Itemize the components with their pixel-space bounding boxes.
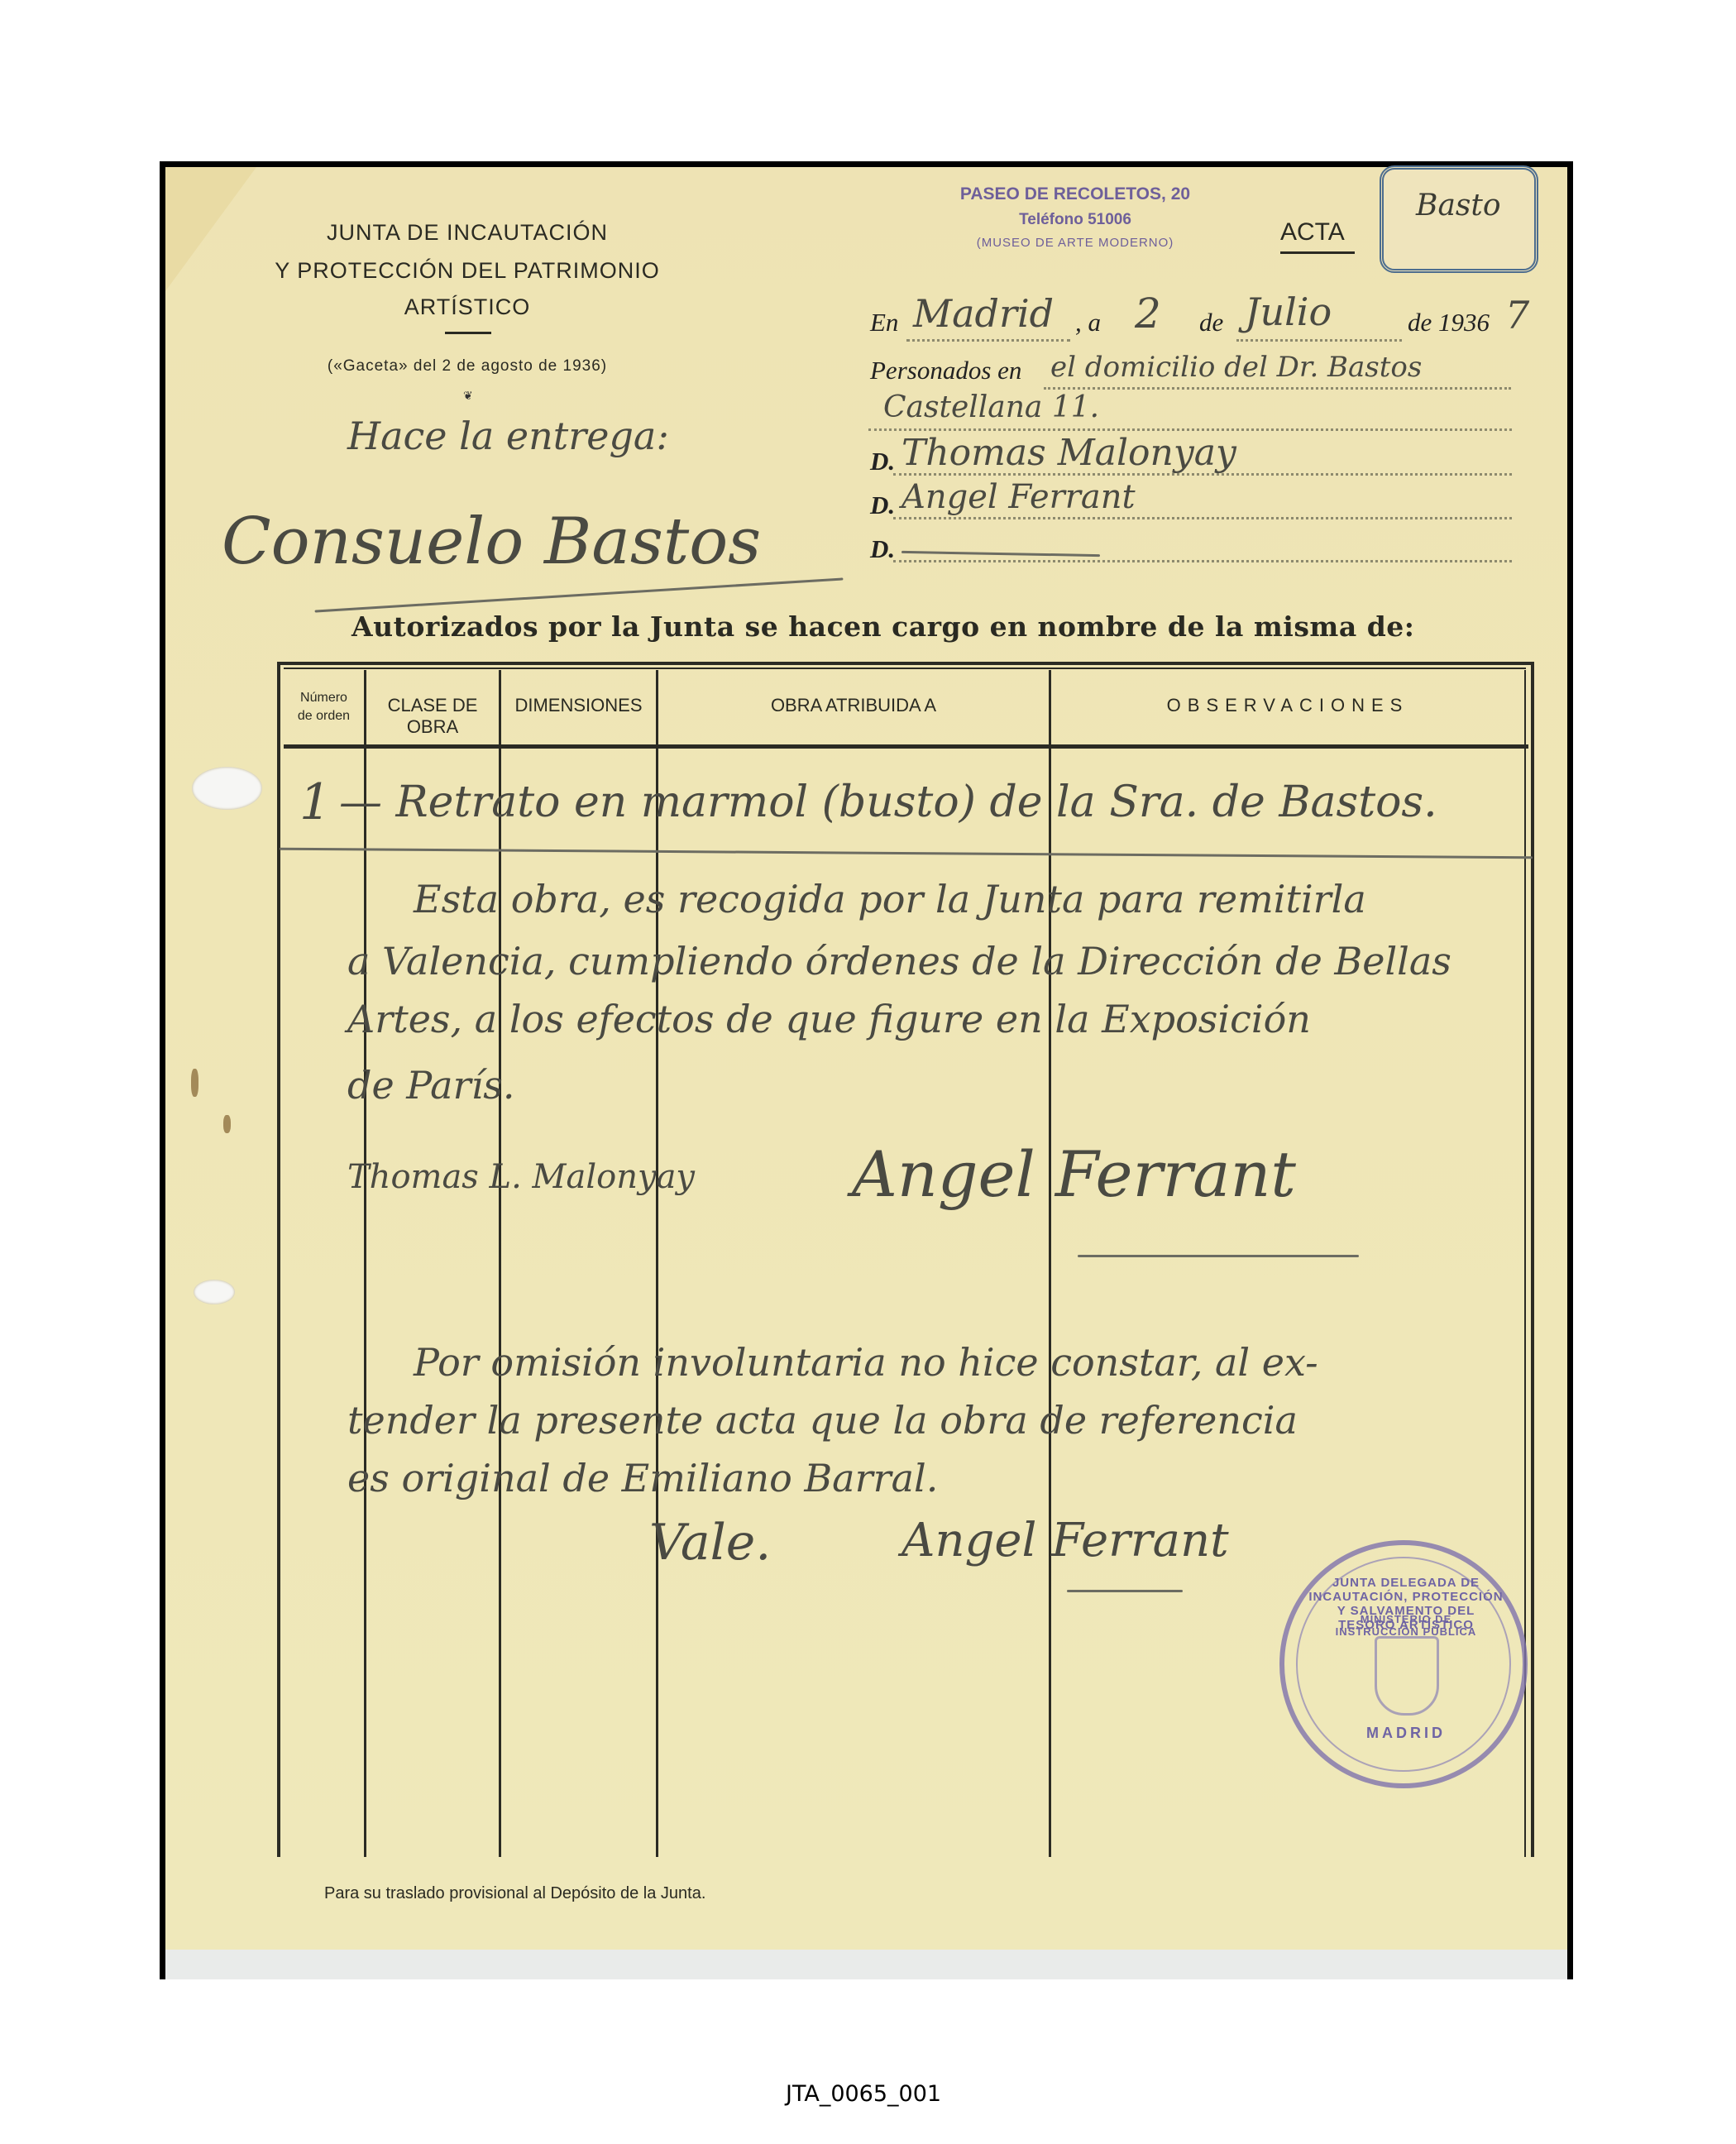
column-divider (1049, 670, 1051, 1857)
personados-label: Personados en (870, 356, 1021, 385)
personados-value-2: Castellana 11. (883, 390, 1099, 424)
addendum-line-2: tender la presente acta que la obra de r… (347, 1398, 1298, 1443)
table-header-rule (284, 744, 1528, 749)
seal-city: MADRID (1356, 1725, 1456, 1742)
date-de-1: de (1199, 308, 1223, 337)
year-correction: 7 (1505, 293, 1529, 337)
institution-line-3: ARTÍSTICO (273, 294, 662, 320)
address-stamp-line-1: PASEO DE RECOLETOS, 20 (935, 184, 1216, 204)
addendum-signature: Angel Ferrant (901, 1514, 1229, 1567)
attendee-dotted-line-3 (893, 560, 1512, 562)
row-number: 1 (299, 773, 331, 831)
column-header-attributed: OBRA ATRIBUIDA A (658, 695, 1049, 716)
address-stamp-line-2: Teléfono 51006 (935, 211, 1216, 229)
column-header-observations: OBSERVACIONES (1051, 695, 1524, 716)
rust-stain (223, 1115, 231, 1133)
image-caption: JTA_0065_001 (786, 2081, 941, 2107)
note-line-1: Esta obra, es recogida por la Junta para… (414, 877, 1366, 921)
gazette-reference: («Gaceta» del 2 de agosto de 1936) (265, 357, 670, 376)
note-line-4: de París. (347, 1063, 515, 1108)
addendum-signature-underline (1067, 1590, 1183, 1592)
row-description: — Retrato en marmol (busto) de la Sra. d… (339, 778, 1437, 827)
column-header-dimensions: DIMENSIONES (501, 695, 656, 716)
column-header-class: CLASE DE OBRA (366, 695, 499, 738)
file-label-text: Basto (1416, 189, 1501, 223)
place-dotted-line (906, 339, 1070, 342)
column-header-number-line-2: de orden (284, 707, 364, 725)
signature-ferrant-underline (1078, 1255, 1359, 1257)
personados-value-1: el domicilio del Dr. Bastos (1050, 351, 1422, 384)
addendum-line-1: Por omisión involuntaria no hice constar… (414, 1340, 1318, 1385)
table-top-rule (284, 668, 1526, 669)
attendee-prefix-2: D. (870, 491, 895, 520)
scan-bottom-strip (165, 1950, 1567, 1979)
footer-note: Para su traslado provisional al Depósito… (324, 1884, 705, 1903)
column-divider (499, 670, 501, 1857)
authorization-heading: Autorizados por la Junta se hacen cargo … (352, 610, 1414, 643)
day-value: 2 (1135, 290, 1161, 337)
column-header-number: Número de orden (284, 689, 364, 725)
seal-inner-text: MINISTERIO DE INSTRUCCIÓN PÚBLICA (1327, 1613, 1485, 1638)
acta-underline (1280, 251, 1355, 254)
delivery-signature: Consuelo Bastos (222, 505, 761, 579)
attendee-dotted-line-2 (893, 517, 1512, 519)
month-value: Julio (1245, 290, 1332, 334)
addendum-line-3: es original de Emiliano Barral. (347, 1456, 938, 1500)
acta-label: ACTA (1280, 218, 1345, 246)
date-de-year: de 1936 (1408, 308, 1490, 337)
institution-line-2: Y PROTECCIÓN DEL PATRIMONIO (240, 258, 695, 284)
addendum-vale: Vale. (649, 1514, 771, 1572)
personados-dotted-line-2 (868, 428, 1512, 431)
place-value: Madrid (913, 291, 1054, 336)
place-prefix: En (870, 308, 898, 337)
institution-line-1: JUNTA DE INCAUTACIÓN (273, 220, 662, 246)
ornament-icon: ❦ (463, 389, 473, 403)
column-header-number-line-1: Número (284, 689, 364, 707)
header-rule (445, 332, 491, 334)
personados-dotted-line-1 (1044, 387, 1511, 390)
attendee-prefix-3: D. (870, 534, 895, 564)
address-stamp-line-3: (MUSEO DE ARTE MODERNO) (935, 236, 1216, 250)
signature-malonyay: Thomas L. Malonyay (347, 1158, 695, 1196)
coat-of-arms-icon (1375, 1636, 1439, 1716)
punch-hole (192, 767, 262, 810)
delivery-label: Hace la entrega: (347, 414, 669, 458)
column-divider (656, 670, 658, 1857)
attendee-name-1: Thomas Malonyay (901, 432, 1236, 474)
note-line-2: a Valencia, cumpliendo órdenes de la Dir… (347, 939, 1451, 983)
attendee-name-2: Angel Ferrant (901, 478, 1136, 516)
attendee-prefix-1: D. (870, 447, 895, 476)
punch-hole (194, 1280, 235, 1304)
note-line-3: Artes, a los efectos de que figure en la… (347, 997, 1311, 1041)
month-dotted-line (1236, 339, 1402, 342)
signature-ferrant: Angel Ferrant (852, 1137, 1296, 1211)
rust-stain (191, 1069, 198, 1097)
date-sep-a: , a (1075, 308, 1101, 337)
